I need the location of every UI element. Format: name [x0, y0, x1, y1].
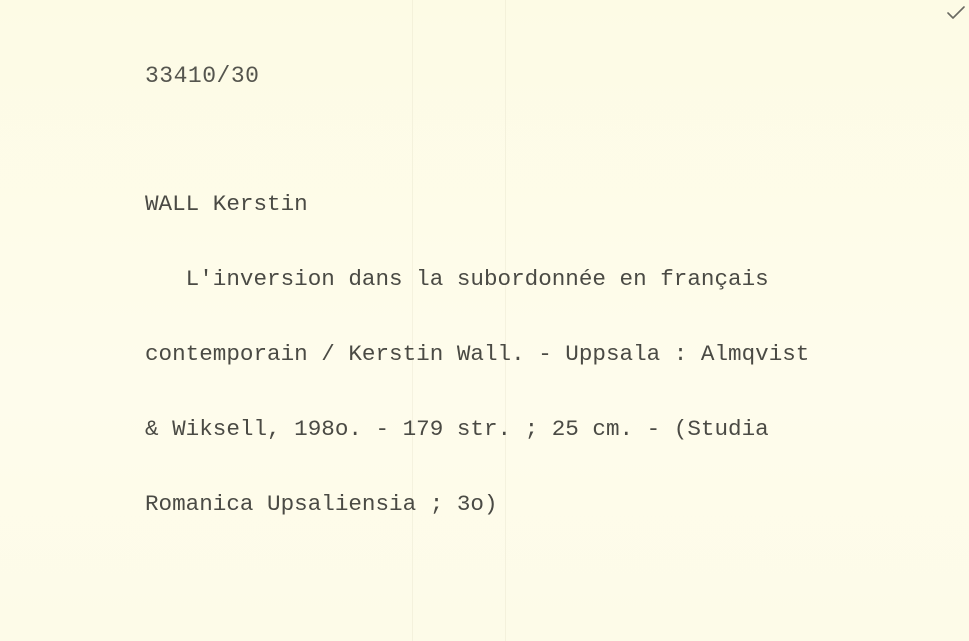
- physical-description-line: & Wiksell, 198o. - 179 str. ; 25 cm. - (…: [145, 417, 809, 442]
- call-number: 33410/30: [145, 63, 259, 89]
- title-line: L'inversion dans la subordonnée en franç…: [145, 267, 809, 292]
- series-line: Romanica Upsaliensia ; 3o): [145, 492, 809, 517]
- check-mark-icon: [947, 6, 965, 20]
- catalog-card: 33410/30 WALL Kerstin L'inversion dans l…: [0, 0, 969, 641]
- author-heading: WALL Kerstin: [145, 192, 809, 217]
- bibliographic-entry: WALL Kerstin L'inversion dans la subordo…: [145, 142, 809, 567]
- publication-line: contemporain / Kerstin Wall. - Uppsala :…: [145, 342, 809, 367]
